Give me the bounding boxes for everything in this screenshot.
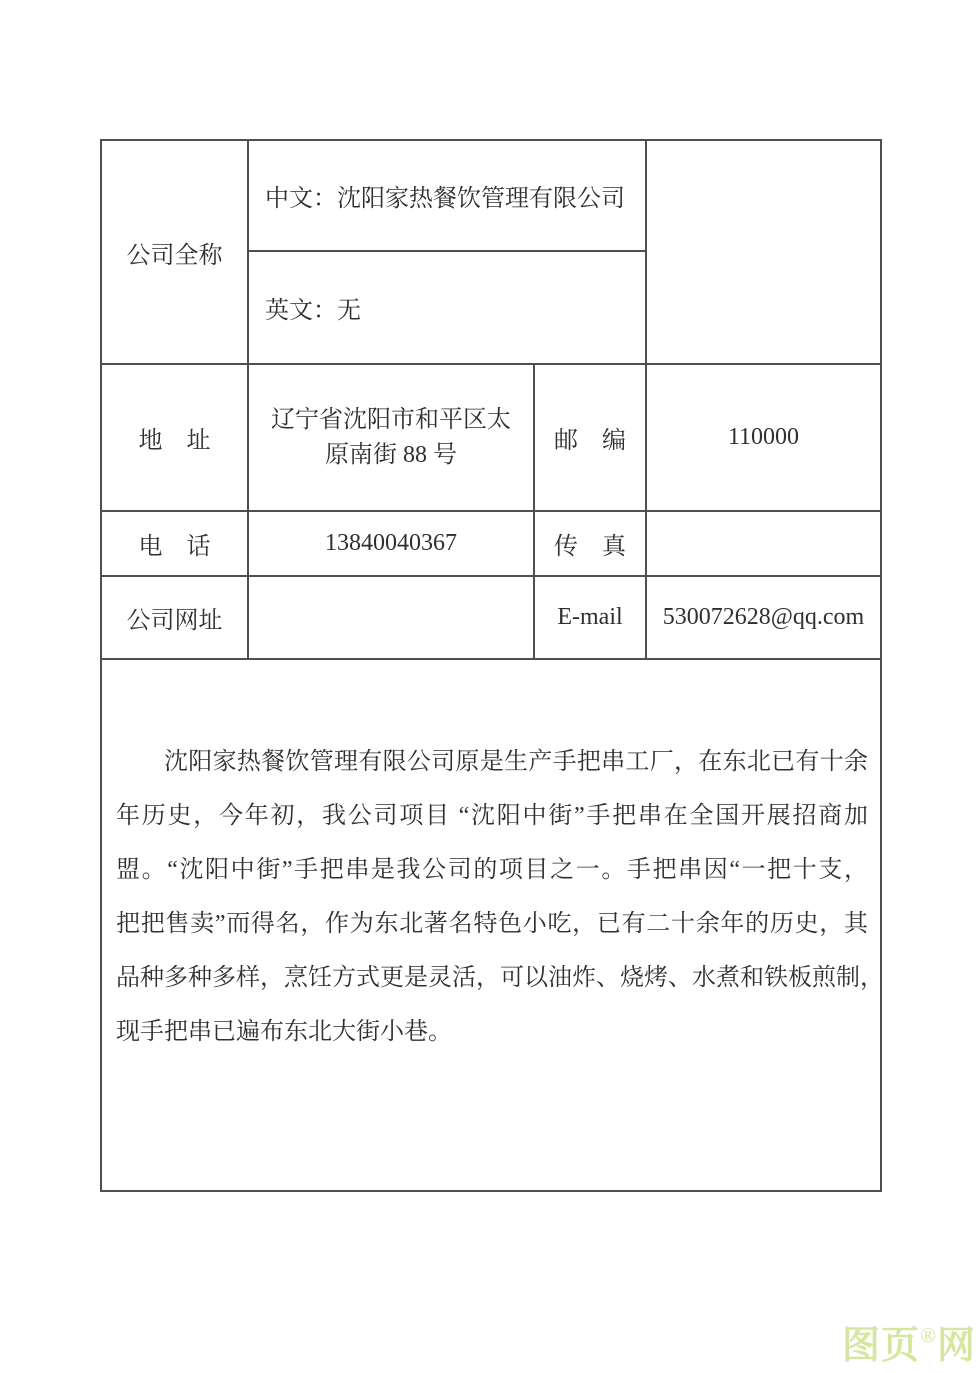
- table-row: 公司全称 中文：沈阳家热餐饮管理有限公司: [101, 140, 881, 251]
- table-row: 地 址 辽宁省沈阳市和平区太 原南街 88 号 邮 编 110000: [101, 364, 881, 511]
- company-description-line: 年历史，今年初，我公司项目 “沈阳中街”手把串在全国开展招商加: [116, 789, 868, 843]
- company-name-english: 英文：无: [248, 251, 646, 364]
- company-name-chinese: 中文：沈阳家热餐饮管理有限公司: [248, 140, 646, 251]
- address-label: 地 址: [101, 364, 248, 511]
- watermark-logo: 图页®网: [842, 1327, 976, 1365]
- watermark-text-after: 网: [937, 1325, 976, 1367]
- address-value-line1: 辽宁省沈阳市和平区太: [249, 403, 533, 438]
- watermark-text-before: 图页: [842, 1325, 920, 1367]
- postal-code-label: 邮 编: [534, 364, 646, 511]
- website-value: [248, 576, 534, 659]
- table-row: 公司网址 E-mail 530072628@qq.com: [101, 576, 881, 659]
- table-row: 沈阳家热餐饮管理有限公司原是生产手把串工厂，在东北已有十余 年历史，今年初，我公…: [101, 659, 881, 1191]
- table-row: 电 话 13840040367 传 真: [101, 511, 881, 576]
- address-value-line2: 原南街 88 号: [249, 438, 533, 473]
- address-value: 辽宁省沈阳市和平区太 原南街 88 号: [248, 364, 534, 511]
- fax-value: [646, 511, 881, 576]
- company-description-cell: 沈阳家热餐饮管理有限公司原是生产手把串工厂，在东北已有十余 年历史，今年初，我公…: [101, 659, 881, 1191]
- email-label: E-mail: [534, 576, 646, 659]
- registered-trademark-icon: ®: [920, 1323, 937, 1347]
- company-info-table: 公司全称 中文：沈阳家热餐饮管理有限公司 英文：无 地 址 辽宁省沈阳市和平区太…: [100, 139, 882, 1192]
- postal-code-value: 110000: [646, 364, 881, 511]
- phone-value: 13840040367: [248, 511, 534, 576]
- company-description-line: 把把售卖”而得名，作为东北著名特色小吃，已有二十余年的历史，其: [116, 897, 868, 951]
- company-name-label: 公司全称: [101, 140, 248, 364]
- email-value: 530072628@qq.com: [646, 576, 881, 659]
- company-description-line: 现手把串已遍布东北大街小巷。: [116, 1005, 868, 1059]
- company-description-line: 沈阳家热餐饮管理有限公司原是生产手把串工厂，在东北已有十余: [116, 735, 868, 789]
- company-description-line: 品种多种多样，烹饪方式更是灵活，可以油炸、烧烤、水煮和铁板煎制，: [116, 951, 868, 1005]
- phone-label: 电 话: [101, 511, 248, 576]
- company-name-right-empty-cell: [646, 140, 881, 364]
- fax-label: 传 真: [534, 511, 646, 576]
- website-label: 公司网址: [101, 576, 248, 659]
- company-description-line: 盟。“沈阳中街”手把串是我公司的项目之一。手把串因“一把十支，: [116, 843, 868, 897]
